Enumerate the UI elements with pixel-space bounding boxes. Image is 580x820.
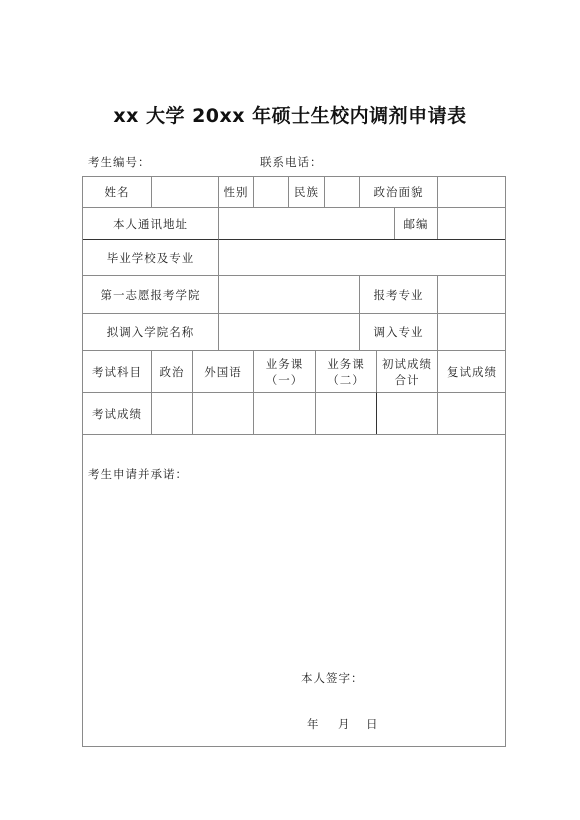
signature-label: 本人签字： bbox=[301, 670, 364, 686]
score-preliminary-total-field[interactable] bbox=[376, 392, 437, 434]
school-major-field[interactable] bbox=[218, 239, 506, 275]
subject-course-1-line1: 业务课 bbox=[266, 356, 304, 372]
subject-course-1: 业务课 （一） bbox=[253, 350, 315, 392]
score-politics-field[interactable] bbox=[151, 392, 192, 434]
address-label: 本人通讯地址 bbox=[82, 207, 218, 239]
exam-subjects-label: 考试科目 bbox=[82, 350, 151, 392]
postcode-label: 邮编 bbox=[394, 207, 437, 239]
first-choice-college-label: 第一志愿报考学院 bbox=[82, 275, 218, 313]
gender-label: 性别 bbox=[218, 176, 253, 207]
candidate-number-label: 考生编号： bbox=[88, 154, 151, 170]
exam-scores-label: 考试成绩 bbox=[82, 392, 151, 434]
date-day-label: 日 bbox=[366, 716, 378, 732]
applied-major-field[interactable] bbox=[437, 275, 506, 313]
subject-course-1-line2: （一） bbox=[266, 372, 304, 388]
preliminary-total-line1: 初试成绩 bbox=[382, 356, 432, 372]
ethnicity-label: 民族 bbox=[288, 176, 324, 207]
ethnicity-field[interactable] bbox=[324, 176, 359, 207]
target-major-label: 调入专业 bbox=[359, 313, 437, 350]
subject-course-2: 业务课 （二） bbox=[315, 350, 376, 392]
subject-foreign-language: 外国语 bbox=[192, 350, 253, 392]
political-status-field[interactable] bbox=[437, 176, 506, 207]
target-major-field[interactable] bbox=[437, 313, 506, 350]
retest-score-label: 复试成绩 bbox=[437, 350, 506, 392]
score-course-1-field[interactable] bbox=[253, 392, 315, 434]
political-status-label: 政治面貌 bbox=[359, 176, 437, 207]
target-college-field[interactable] bbox=[218, 313, 359, 350]
preliminary-total: 初试成绩 合计 bbox=[376, 350, 437, 392]
pledge-label: 考生申请并承诺： bbox=[88, 466, 188, 482]
address-field[interactable] bbox=[218, 207, 394, 239]
phone-label: 联系电话： bbox=[260, 154, 323, 170]
name-label: 姓名 bbox=[82, 176, 151, 207]
name-field[interactable] bbox=[151, 176, 218, 207]
first-choice-college-field[interactable] bbox=[218, 275, 359, 313]
school-major-label: 毕业学校及专业 bbox=[82, 239, 218, 275]
date-month-label: 月 bbox=[338, 716, 350, 732]
postcode-field[interactable] bbox=[437, 207, 506, 239]
page-title: xx 大学 20xx 年硕士生校内调剂申请表 bbox=[0, 101, 580, 128]
gender-field[interactable] bbox=[253, 176, 288, 207]
subject-politics: 政治 bbox=[151, 350, 192, 392]
date-year-label: 年 bbox=[307, 716, 319, 732]
applied-major-label: 报考专业 bbox=[359, 275, 437, 313]
subject-course-2-line2: （二） bbox=[327, 372, 365, 388]
application-form-table: 姓名 性别 民族 政治面貌 本人通讯地址 邮编 毕业学校及专业 第一志愿报考学院… bbox=[82, 176, 506, 747]
score-foreign-language-field[interactable] bbox=[192, 392, 253, 434]
score-retest-field[interactable] bbox=[437, 392, 506, 434]
target-college-label: 拟调入学院名称 bbox=[82, 313, 218, 350]
preliminary-total-line2: 合计 bbox=[395, 372, 420, 388]
subject-course-2-line1: 业务课 bbox=[327, 356, 365, 372]
score-course-2-field[interactable] bbox=[315, 392, 376, 434]
